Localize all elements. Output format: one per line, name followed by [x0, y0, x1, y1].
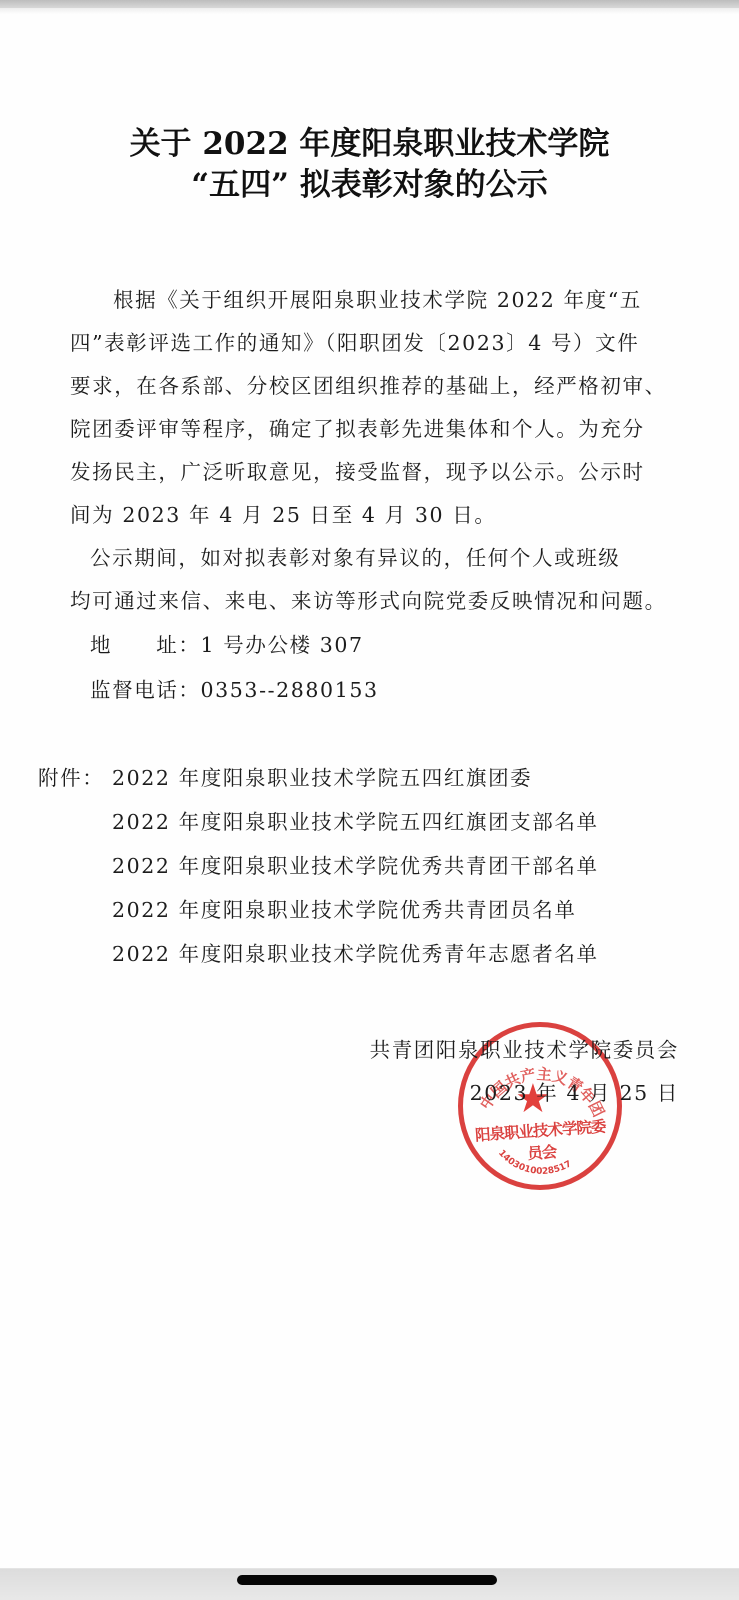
phone-label: 监督电话： — [90, 678, 201, 702]
paragraph-line: 均可通过来信、来电、来访等形式向院党委反映情况和问题。 — [70, 586, 667, 616]
paragraph-line: 院团委评审等程序，确定了拟表彰先进集体和个人。为充分 — [70, 414, 645, 444]
viewer-top-shadow — [0, 8, 739, 14]
attachment-item: 2022 年度阳泉职业技术学院优秀共青团员名单 — [112, 895, 577, 925]
address-row: 地 址：1 号办公楼 307 — [90, 630, 364, 660]
address-value: 1 号办公楼 307 — [201, 633, 364, 657]
attachment-item: 2022 年度阳泉职业技术学院优秀青年志愿者名单 — [112, 939, 599, 969]
paragraph-line: 要求，在各系部、分校区团组织推荐的基础上，经严格初审、 — [70, 371, 667, 401]
paragraph-line: 四”表彰评选工作的通知》（阳职团发〔2023〕4 号）文件 — [70, 328, 639, 358]
attachment-item: 2022 年度阳泉职业技术学院优秀共青团干部名单 — [112, 851, 599, 881]
address-label: 地 址： — [90, 633, 201, 657]
signature-organization: 共青团阳泉职业技术学院委员会 — [370, 1035, 679, 1065]
home-indicator[interactable] — [237, 1575, 497, 1585]
paragraph-line: 发扬民主，广泛听取意见，接受监督，现予以公示。公示时 — [70, 457, 645, 487]
paragraph-line: 根据《关于组织开展阳泉职业技术学院 2022 年度“五 — [113, 285, 642, 315]
document-title-line-2: “五四” 拟表彰对象的公示 — [0, 165, 739, 205]
attachments-label: 附件： — [38, 763, 104, 793]
paragraph-line: 间为 2023 年 4 月 25 日至 4 月 30 日。 — [70, 500, 497, 530]
phone-value: 0353--2880153 — [201, 678, 379, 702]
signature-date: 2023 年 4 月 25 日 — [470, 1078, 679, 1108]
phone-row: 监督电话：0353--2880153 — [90, 675, 379, 705]
document-title-line-1: 关于 2022 年度阳泉职业技术学院 — [0, 124, 739, 164]
attachment-item: 2022 年度阳泉职业技术学院五四红旗团支部名单 — [112, 807, 599, 837]
attachment-item: 2022 年度阳泉职业技术学院五四红旗团委 — [112, 763, 532, 793]
viewer-top-bar — [0, 0, 739, 8]
paragraph-line: 公示期间，如对拟表彰对象有异议的，任何个人或班级 — [90, 543, 620, 573]
